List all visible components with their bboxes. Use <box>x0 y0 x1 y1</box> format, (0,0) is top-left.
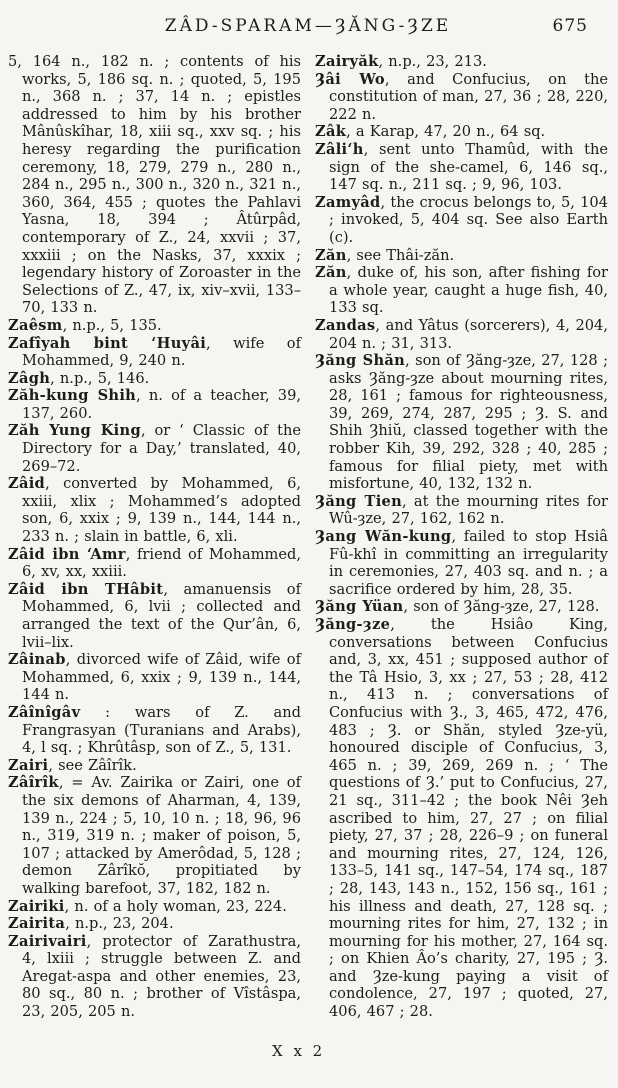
index-entry: Zâk, a Karap, 47, 20 n., 64 sq. <box>315 123 608 141</box>
entry-term: Zâgh <box>8 370 50 387</box>
page-footer: X x 2 <box>272 1042 325 1060</box>
entry-term: Ȝăng-ȝze <box>315 616 390 633</box>
index-entry: Zăh-kung Shih, n. of a teacher, 39, 137,… <box>8 387 301 422</box>
index-entry: Zăn, see Thâi-zăn. <box>315 247 608 265</box>
entry-term: Zamyâd <box>315 194 381 211</box>
entry-term: Ȝang Wăn-kung <box>315 528 451 545</box>
index-entry: Zairivairi, protector of Zarathustra, 4,… <box>8 933 301 1021</box>
entry-text: , duke of, his son, after fishing for a … <box>329 264 608 316</box>
entry-text: , = Av. Zairika or Zairi, one of the six… <box>22 774 301 897</box>
page-header: ZÂD-SPARAM—ȜĂNG-ȜZE 675 <box>8 16 608 44</box>
running-title: ZÂD-SPARAM—ȜĂNG-ȜZE <box>165 16 451 36</box>
signature-mark: X x 2 <box>272 1042 325 1060</box>
entry-text: , n.p., 23, 213. <box>379 53 487 70</box>
index-entry: Zairyăk, n.p., 23, 213. <box>315 53 608 71</box>
entry-text: , son of Ȝăng-ȝze, 27, 128. <box>403 598 599 615</box>
index-entry: Zâgh, n.p., 5, 146. <box>8 370 301 388</box>
index-entry: Zâîrîk, = Av. Zairika or Zairi, one of t… <box>8 774 301 897</box>
index-entry: Zăn, duke of, his son, after fishing for… <box>315 264 608 317</box>
index-entry: Zamyâd, the crocus belongs to, 5, 104 ; … <box>315 194 608 247</box>
index-entry: Ȝăng-ȝze, the Hsiâo King, conversations … <box>315 616 608 1021</box>
entry-term: Zafîyah bint ‘Huyâi <box>8 335 206 352</box>
index-entry: Zâînîgâv : wars of Z. and Frangrasyan (T… <box>8 704 301 757</box>
entry-text: , the Hsiâo King, conversations between … <box>329 616 608 1020</box>
entry-term: Ȝăng Tien <box>315 493 402 510</box>
page-number: 675 <box>553 16 588 36</box>
entry-term: Ȝâi Wo <box>315 71 385 88</box>
entry-term: Zăh-kung Shih <box>8 387 136 404</box>
index-columns: 5, 164 n., 182 n. ; contents of his work… <box>8 53 608 1021</box>
index-entry: Ȝâi Wo, and Confucius, on the constituti… <box>315 71 608 124</box>
entry-text: , son of Ȝăng-ȝze, 27, 128 ; asks Ȝăng-ȝ… <box>329 352 608 492</box>
entry-text: , see Thâi-zăn. <box>347 247 455 264</box>
entry-term: Zăh Yung King <box>8 422 141 439</box>
index-entry: Zâinab, divorced wife of Zâid, wife of M… <box>8 651 301 704</box>
entry-text: , see Zâîrîk. <box>48 757 136 774</box>
left-column: 5, 164 n., 182 n. ; contents of his work… <box>8 53 301 1021</box>
index-entry: Zairita, n.p., 23, 204. <box>8 915 301 933</box>
right-column: Zairyăk, n.p., 23, 213.Ȝâi Wo, and Confu… <box>315 53 608 1021</box>
entry-term: Zandas <box>315 317 375 334</box>
entry-term: Zâînîgâv <box>8 704 80 721</box>
index-entry: Zafîyah bint ‘Huyâi, wife of Mohammed, 9… <box>8 335 301 370</box>
entry-text: , n.p., 5, 135. <box>63 317 162 334</box>
entry-term: Zâli‘h <box>315 141 364 158</box>
index-entry: Zâli‘h, sent unto Thamûd, with the sign … <box>315 141 608 194</box>
index-entry: Zaêsm, n.p., 5, 135. <box>8 317 301 335</box>
index-entry: Zairi, see Zâîrîk. <box>8 757 301 775</box>
index-entry: Zandas, and Yâtus (sorcerers), 4, 204, 2… <box>315 317 608 352</box>
entry-text: , a Karap, 47, 20 n., 64 sq. <box>346 123 545 140</box>
entry-term: Zairyăk <box>315 53 379 70</box>
index-entry: Zairiki, n. of a holy woman, 23, 224. <box>8 898 301 916</box>
entry-term: Zairivairi <box>8 933 87 950</box>
entry-text: , n. of a holy woman, 23, 224. <box>65 898 287 915</box>
index-entry: Zâid ibn THâbit, amanuensis of Mohammed,… <box>8 581 301 651</box>
index-entry: Zâid, converted by Mohammed, 6, xxiii, x… <box>8 475 301 545</box>
entry-term: Zâid ibn THâbit <box>8 581 163 598</box>
index-entry-continuation: 5, 164 n., 182 n. ; contents of his work… <box>8 53 301 317</box>
entry-term: Ȝăng Yüan <box>315 598 403 615</box>
entry-text: , sent unto Thamûd, with the sign of the… <box>329 141 608 193</box>
scanned-book-page: ZÂD-SPARAM—ȜĂNG-ȜZE 675 5, 164 n., 182 n… <box>0 0 618 1088</box>
entry-term: Zăn <box>315 264 347 281</box>
entry-term: Zâk <box>315 123 346 140</box>
index-entry: Ȝăng Tien, at the mourning rites for Wû-… <box>315 493 608 528</box>
entry-text: , n.p., 23, 204. <box>65 915 173 932</box>
entry-term: Ȝăng Shăn <box>315 352 405 369</box>
entry-term: Zăn <box>315 247 347 264</box>
entry-term: Zâid ibn ‘Amr <box>8 546 126 563</box>
entry-term: Zairi <box>8 757 48 774</box>
index-entry: Zâid ibn ‘Amr, friend of Mohammed, 6, xv… <box>8 546 301 581</box>
index-entry: Ȝang Wăn-kung, failed to stop Hsiâ Fû-kh… <box>315 528 608 598</box>
entry-term: Zâinab <box>8 651 66 668</box>
index-entry: Ȝăng Yüan, son of Ȝăng-ȝze, 27, 128. <box>315 598 608 616</box>
index-entry: Zăh Yung King, or ‘ Classic of the Direc… <box>8 422 301 475</box>
entry-text: , n.p., 5, 146. <box>50 370 149 387</box>
entry-term: Zairiki <box>8 898 65 915</box>
entry-text: , converted by Mohammed, 6, xxiii, xlix … <box>22 475 301 545</box>
index-entry: Ȝăng Shăn, son of Ȝăng-ȝze, 27, 128 ; as… <box>315 352 608 493</box>
entry-term: Zaêsm <box>8 317 63 334</box>
entry-term: Zâid <box>8 475 45 492</box>
entry-term: Zairita <box>8 915 65 932</box>
entry-text: 5, 164 n., 182 n. ; contents of his work… <box>8 53 301 316</box>
entry-term: Zâîrîk <box>8 774 59 791</box>
